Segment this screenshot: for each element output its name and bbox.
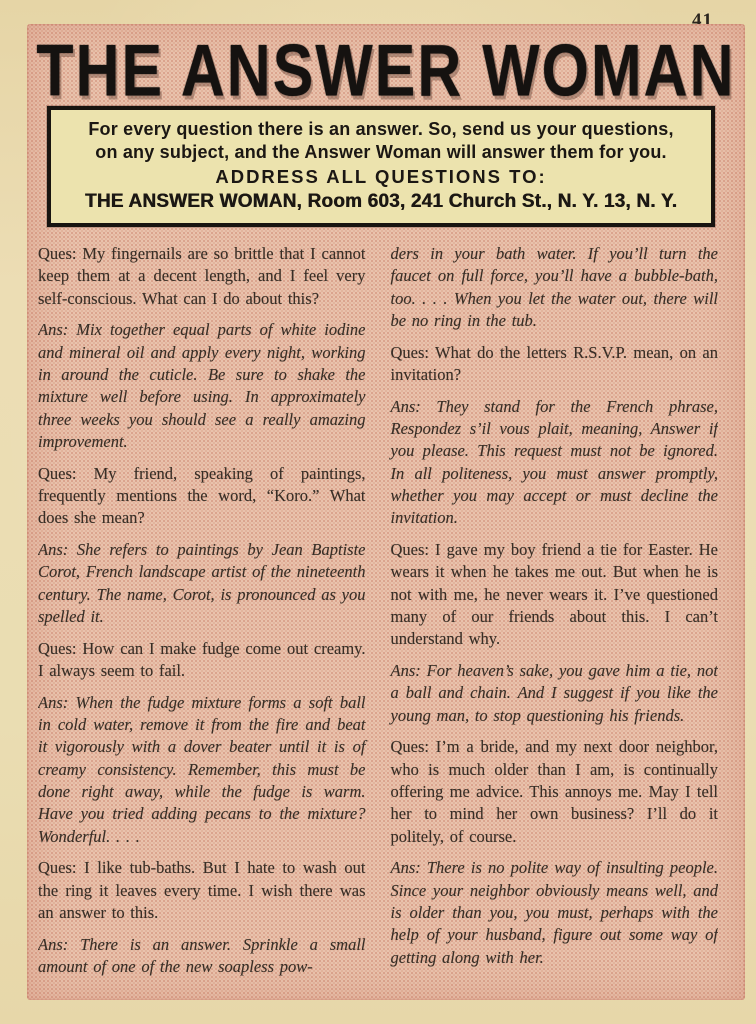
qa-paragraph-ques: Ques: I like tub-baths. But I hate to wa… xyxy=(38,857,366,924)
print-area: THE ANSWER WOMAN For every question ther… xyxy=(27,24,745,1000)
qa-paragraph-ans: Ans: Mix together equal parts of white i… xyxy=(38,319,366,453)
qa-paragraph-ans: ders in your bath water. If you’ll turn … xyxy=(391,243,719,332)
qa-column-left: Ques: My fingernails are so brittle that… xyxy=(38,243,366,990)
qa-paragraph-ans: Ans: When the fudge mixture forms a soft… xyxy=(38,692,366,848)
qa-paragraph-ques: Ques: My fingernails are so brittle that… xyxy=(38,243,366,310)
qa-columns: Ques: My fingernails are so brittle that… xyxy=(38,243,718,990)
intro-text-line-2: on any subject, and the Answer Woman wil… xyxy=(59,141,703,164)
qa-paragraph-ans: Ans: There is an answer. Sprinkle a smal… xyxy=(38,934,366,979)
qa-column-right: ders in your bath water. If you’ll turn … xyxy=(391,243,719,990)
qa-paragraph-ans: Ans: For heaven’s sake, you gave him a t… xyxy=(391,660,719,727)
qa-paragraph-ques: Ques: I’m a bride, and my next door neig… xyxy=(391,736,719,847)
qa-paragraph-ans: Ans: There is no polite way of insulting… xyxy=(391,857,719,968)
qa-paragraph-ans: Ans: She refers to paintings by Jean Bap… xyxy=(38,539,366,628)
qa-paragraph-ques: Ques: My friend, speaking of paintings, … xyxy=(38,463,366,530)
intro-address-heading: ADDRESS ALL QUESTIONS TO: xyxy=(59,164,703,189)
qa-paragraph-ques: Ques: I gave my boy friend a tie for Eas… xyxy=(391,539,719,650)
qa-paragraph-ques: Ques: What do the letters R.S.V.P. mean,… xyxy=(391,342,719,387)
qa-paragraph-ques: Ques: How can I make fudge come out crea… xyxy=(38,638,366,683)
qa-paragraph-ans: Ans: They stand for the French phrase, R… xyxy=(391,396,719,530)
intro-text-line-1: For every question there is an answer. S… xyxy=(59,118,703,141)
page-title: THE ANSWER WOMAN xyxy=(16,29,756,113)
intro-box: For every question there is an answer. S… xyxy=(47,106,715,227)
intro-address: THE ANSWER WOMAN, Room 603, 241 Church S… xyxy=(59,189,703,214)
